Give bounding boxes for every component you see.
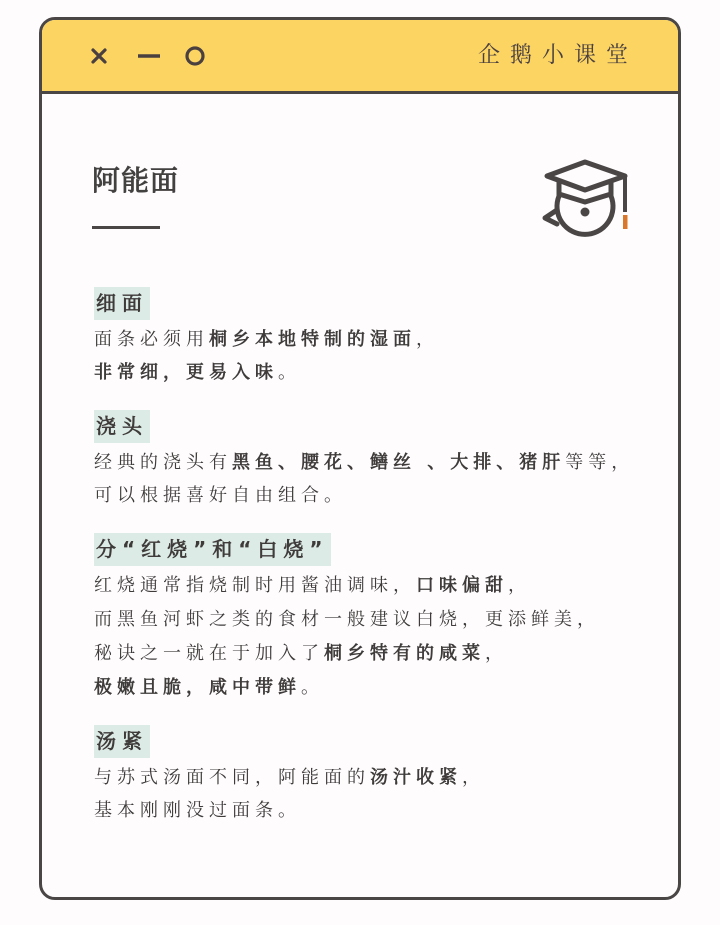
graduation-cap-icon: [537, 150, 633, 240]
section-body-line: 秘诀之一就在于加入了桐乡特有的咸菜，: [94, 641, 508, 667]
section-heading-fine-noodles: 细面: [94, 287, 150, 320]
section-body-line: 与苏式汤面不同，阿能面的汤汁收紧，: [94, 765, 485, 791]
section-body-line: 而黑鱼河虾之类的食材一般建议白烧，更添鲜美，: [94, 607, 600, 633]
page-title: 阿能面: [92, 163, 179, 199]
maximize-icon: [184, 45, 206, 67]
section-body-line: 可以根据喜好自由组合。: [94, 483, 347, 509]
section-heading-braised-styles: 分“红烧”和“白烧”: [94, 533, 331, 566]
title-bar: 企鹅小课堂: [42, 20, 678, 94]
section-body-line: 面条必须用桐乡本地特制的湿面，: [94, 327, 439, 353]
maximize-button[interactable]: [183, 42, 207, 70]
brand-label: 企鹅小课堂: [478, 41, 638, 71]
title-underline: [92, 226, 160, 229]
section-body-line: 基本刚刚没过面条。: [94, 798, 301, 824]
window-card: 企鹅小课堂 阿能面 细面 面条必须用桐乡本地特制的湿面， 非常细，更易入味。 浇…: [39, 17, 681, 900]
section-body-line: 红烧通常指烧制时用酱油调味，口味偏甜，: [94, 573, 531, 599]
section-heading-toppings: 浇头: [94, 410, 150, 443]
close-button[interactable]: [87, 42, 111, 70]
minimize-icon: [137, 47, 161, 65]
close-icon: [90, 47, 108, 65]
section-heading-tight-broth: 汤紧: [94, 725, 150, 758]
minimize-button[interactable]: [137, 42, 161, 70]
section-body-line: 极嫩且脆，咸中带鲜。: [94, 675, 324, 701]
section-body-line: 经典的浇头有黑鱼、腰花、鳝丝 、大排、猪肝等等，: [94, 450, 634, 476]
section-body-line: 非常细，更易入味。: [94, 360, 301, 386]
